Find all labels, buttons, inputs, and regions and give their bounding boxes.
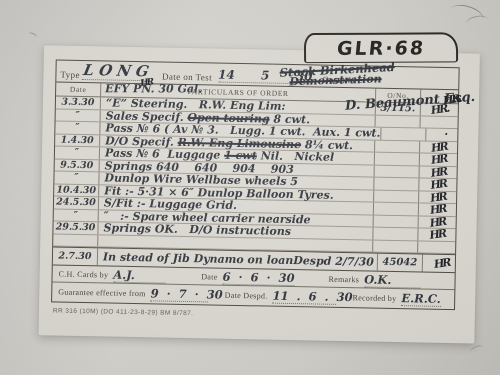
record-date: ″ bbox=[55, 146, 100, 158]
record-order-number bbox=[375, 153, 420, 165]
guarantee-value: 9 · 7 · 30 bbox=[151, 286, 209, 302]
record-order-number bbox=[381, 128, 426, 140]
record-date: ″ bbox=[54, 209, 99, 221]
pencil-mark bbox=[469, 344, 485, 355]
form-number: RR 316 (10M) (DO 411-23-8-29) BM 8/787. bbox=[53, 307, 194, 317]
handwritten-text: In stead of Jib Dynamo on loan bbox=[103, 250, 294, 267]
records-body: 3.3.30“E” Steering. R.W. Eng Lim:3/115.H… bbox=[53, 96, 458, 273]
guarantee-label: Guarantee effective from bbox=[58, 288, 146, 299]
type-label: Type bbox=[60, 70, 80, 80]
record-date: 2.7.30 bbox=[53, 247, 98, 265]
record-date: 29.5.30 bbox=[53, 221, 98, 233]
remarks-value: O.K. bbox=[364, 272, 420, 288]
record-order-number bbox=[374, 215, 419, 227]
record-initials: HR bbox=[420, 153, 457, 165]
record-order-number bbox=[376, 115, 421, 127]
record-initials bbox=[418, 241, 455, 253]
date-despatched-value: 11 . 6 . 30 bbox=[272, 289, 336, 305]
registration-number: GLR·68 bbox=[336, 37, 426, 59]
record-initials: HR bbox=[420, 141, 457, 153]
remarks-label: Remarks bbox=[329, 274, 360, 284]
record-date: 24.5.30 bbox=[54, 196, 99, 208]
checker-initials: HR. bbox=[442, 92, 461, 107]
recorded-by-value: E.R.C. bbox=[401, 291, 441, 307]
record-card: GLR·68 Type LONG Date on Test 14 5 30 Cu… bbox=[38, 45, 479, 343]
record-order-number bbox=[373, 240, 418, 252]
record-order-number bbox=[374, 178, 419, 190]
record-initials: HR bbox=[419, 178, 456, 190]
record-initials: HR bbox=[419, 191, 456, 203]
ch-cards-label: C.H. Cards by bbox=[59, 269, 109, 279]
initials-monogram: HR bbox=[433, 256, 450, 271]
record-date: ″ bbox=[55, 121, 100, 133]
record-date: ″ bbox=[56, 109, 101, 121]
record-initials: HR bbox=[419, 216, 456, 228]
record-order-number: 45042 bbox=[378, 254, 423, 272]
record-initials bbox=[420, 116, 457, 128]
photographed-record-card: GLR·68 Type LONG Date on Test 14 5 30 Cu… bbox=[0, 0, 500, 375]
record-date: 3.3.30 bbox=[56, 96, 101, 108]
chassis-note: EFY PN. 30 Gal. bbox=[105, 82, 202, 95]
record-date: 1.4.30 bbox=[55, 134, 100, 146]
record-order-number bbox=[373, 228, 418, 240]
record-date: ″ bbox=[54, 171, 99, 183]
date-despatched-label: Date Despd. bbox=[225, 291, 268, 301]
record-order-number bbox=[374, 190, 419, 202]
ch-date-label: Date bbox=[201, 272, 217, 281]
pencil-mark bbox=[27, 31, 37, 39]
tester-initials: HR bbox=[140, 77, 153, 89]
ch-date-value: 6 · 6 · 30 bbox=[222, 269, 294, 285]
record-order-number bbox=[375, 165, 420, 177]
record-initials: HR bbox=[419, 203, 456, 215]
record-order-number bbox=[374, 203, 419, 215]
record-order-number bbox=[375, 140, 420, 152]
ch-cards-value: A.J. bbox=[113, 267, 165, 283]
record-initials: HR bbox=[423, 255, 460, 273]
struck-text: 1 cwt bbox=[224, 149, 257, 163]
record-date: 10.4.30 bbox=[54, 184, 99, 196]
record-date bbox=[53, 234, 98, 246]
handwritten-text: Despd 2/7/30 bbox=[293, 254, 377, 269]
date-column-header: Date bbox=[56, 82, 101, 96]
record-initials: HR bbox=[418, 228, 455, 240]
record-initials: HR bbox=[420, 166, 457, 178]
recorded-by-label: Recorded by bbox=[352, 293, 396, 303]
registration-tab: GLR·68 bbox=[304, 32, 458, 63]
record-date: 9.5.30 bbox=[55, 159, 100, 171]
date-on-test-label: Date on Test bbox=[162, 72, 212, 83]
initials-monogram: HR bbox=[428, 227, 445, 242]
